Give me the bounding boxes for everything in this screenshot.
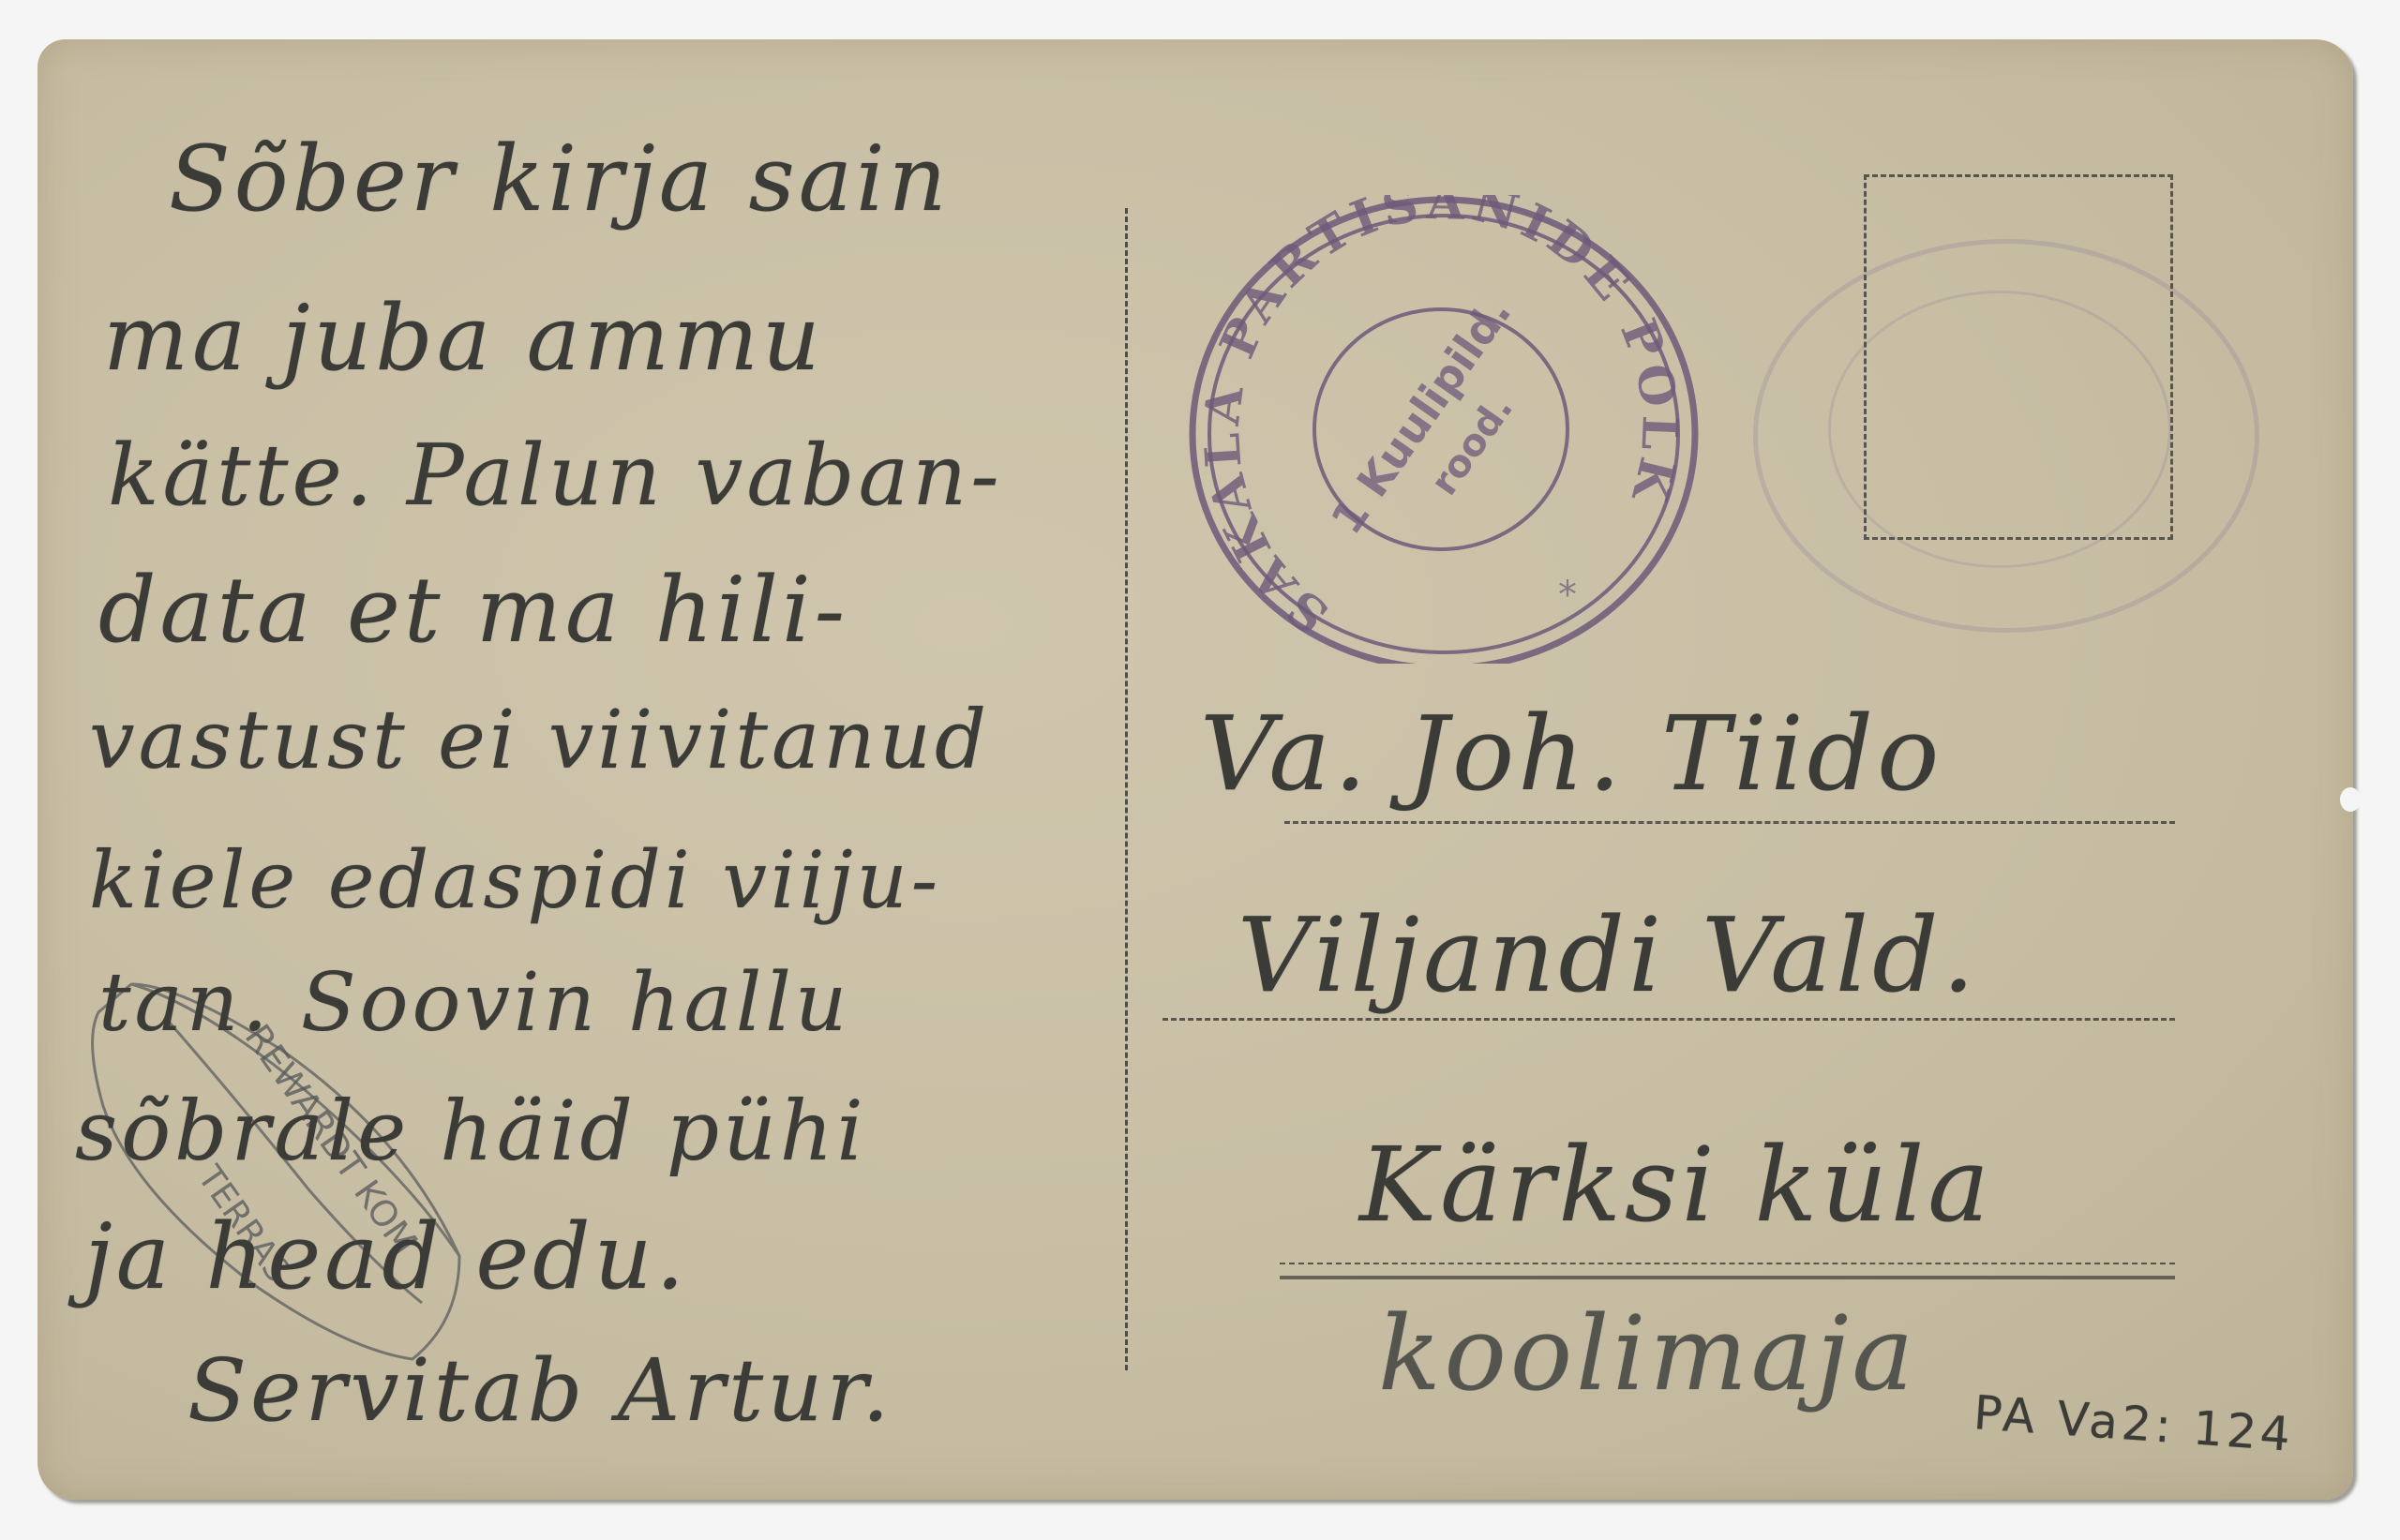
message-signature: Servitab Artur. bbox=[187, 1340, 893, 1441]
address-recipient: Va. Joh. Tiido bbox=[1200, 694, 1942, 814]
message-line-3: kätte. Palun vaban- bbox=[108, 426, 1003, 525]
message-line-6: kiele edaspidi viiju- bbox=[89, 834, 941, 926]
message-line-7: tan. Soovin hallu bbox=[98, 956, 850, 1050]
address-line-3a bbox=[1280, 1263, 2175, 1264]
address-building: koolimaja bbox=[1378, 1293, 1917, 1413]
stamp-placeholder-box bbox=[1864, 174, 2173, 540]
military-stamp-ornament: * bbox=[1558, 574, 1577, 617]
address-village: Kärksi küla bbox=[1359, 1125, 1993, 1245]
address-parish: Viljandi Vald. bbox=[1237, 895, 1978, 1015]
card-edge-notch bbox=[2340, 787, 2361, 812]
message-line-1: Sõber kirja sain bbox=[169, 127, 951, 232]
message-line-5: vastust ei viivitanud bbox=[89, 694, 990, 787]
message-line-2: ma juba ammu bbox=[103, 286, 824, 391]
address-line-1 bbox=[1284, 821, 2175, 824]
address-line-2 bbox=[1162, 1018, 2175, 1021]
message-line-9: ja head edu. bbox=[84, 1204, 688, 1309]
message-line-4: data et ma hili- bbox=[98, 558, 848, 663]
vertical-divider bbox=[1125, 208, 1128, 1370]
address-line-3b bbox=[1280, 1276, 2175, 1279]
message-line-8: sõbrale häid pühi bbox=[75, 1083, 867, 1179]
military-unit-stamp: SAKALA PARTISANIDE POLK 1 Kuulipild. roo… bbox=[1183, 195, 1699, 664]
